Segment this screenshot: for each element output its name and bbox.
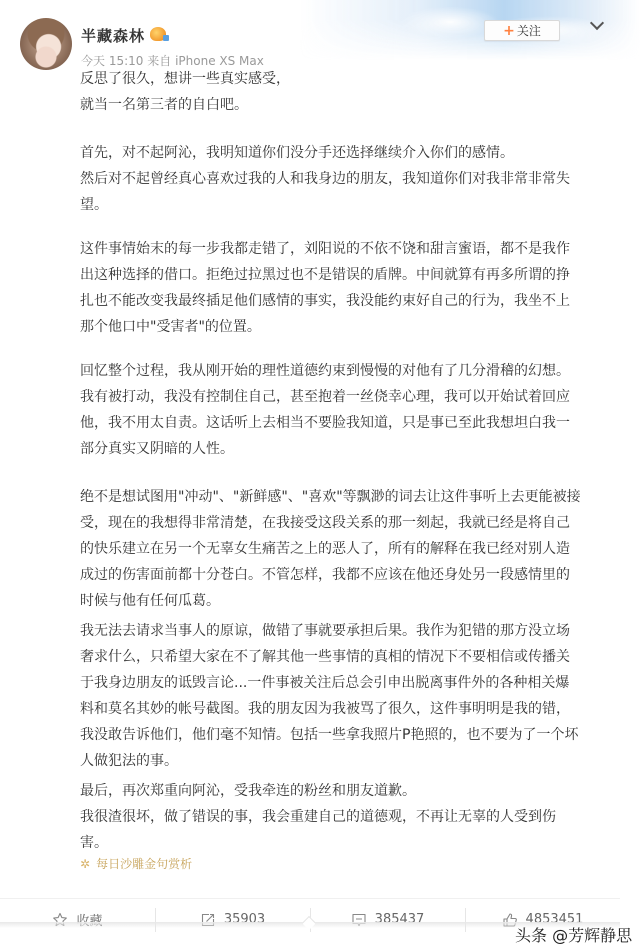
- follow-label: 关注: [517, 22, 541, 39]
- source-tag-label: 每日沙雕金句赏析: [96, 855, 192, 872]
- text-line: 害。: [80, 830, 625, 856]
- text-line: 绝不是想试图用"冲动"、"新鲜感"、"喜欢"等飘渺的词去让这件事听上去更能被接: [80, 484, 625, 510]
- paragraph-4: 回忆整个过程，我从刚开始的理性道德约束到慢慢的对他有了几分滑稽的幻想。 我有被打…: [80, 358, 625, 462]
- text-line: 时候与他有任何瓜葛。: [80, 588, 625, 614]
- text-line: 于我身边朋友的诋毁言论...一件事被关注后总会引申出脱离事件外的各种相关爆: [80, 670, 625, 696]
- text-line: 然后对不起曾经真心喜欢过我的人和我身边的朋友，我知道你们对我非常非常失: [80, 166, 625, 192]
- text-line: 出这种选择的借口。拒绝过拉黑过也不是错误的盾牌。中间就算有再多所谓的挣: [80, 262, 625, 288]
- plus-icon: +: [503, 24, 515, 38]
- text-line: 部分真实又阴暗的人性。: [80, 436, 625, 462]
- text-line: 最后，再次郑重向阿沁，受我牵连的粉丝和朋友道歉。: [80, 778, 625, 804]
- text-line: 成过的伤害面前都十分苍白。不管怎样，我都不应该在他还身处另一段感情里的: [80, 562, 625, 588]
- text-line: 那个他口中"受害者"的位置。: [80, 314, 625, 340]
- paragraph-3: 这件事情始末的每一步我都走错了，刘阳说的不依不饶和甜言蜜语，都不是我作 出这种选…: [80, 236, 625, 340]
- text-line: 反思了很久，想讲一些真实感受，: [80, 66, 625, 92]
- text-line: 我没敢告诉他们，他们毫不知情。包括一些拿我照片P艳照的，也不要为了一个坏: [80, 722, 625, 748]
- chevron-down-icon[interactable]: [590, 16, 604, 30]
- paragraph-1: 反思了很久，想讲一些真实感受， 就当一名第三者的自白吧。: [80, 66, 625, 118]
- text-line: 扎也不能改变我最终插足他们感情的事实，我没能约束好自己的行为，我坐不上: [80, 288, 625, 314]
- username[interactable]: 半藏森林: [81, 25, 145, 46]
- text-line: 受，现在的我想得非常清楚，在我接受这段关系的那一刻起，我就已经是将自己: [80, 510, 625, 536]
- text-line: 就当一名第三者的自白吧。: [80, 92, 625, 118]
- text-line: 回忆整个过程，我从刚开始的理性道德约束到慢慢的对他有了几分滑稽的幻想。: [80, 358, 625, 384]
- text-line: 这件事情始末的每一步我都走错了，刘阳说的不依不饶和甜言蜜语，都不是我作: [80, 236, 625, 262]
- text-line: 奢求什么，只希望大家在不了解其他一些事情的真相的情况下不要相信或传播关: [80, 644, 625, 670]
- text-line: 我无法去请求当事人的原谅，做错了事就要承担后果。我作为犯错的那方没立场: [80, 618, 625, 644]
- text-line: 我有被打动，我没有控制住自己，甚至抱着一丝侥幸心理，我可以开始试着回应: [80, 384, 625, 410]
- member-badge-icon: [150, 27, 166, 41]
- text-line: 望。: [80, 192, 625, 218]
- text-line: 他，我不用太自责。这话听上去相当不要脸我知道，只是事已至此我想坦白我一: [80, 410, 625, 436]
- text-line: 首先，对不起阿沁，我明知道你们没分手还选择继续介入你们的感情。: [80, 140, 625, 166]
- paragraph-5: 绝不是想试图用"冲动"、"新鲜感"、"喜欢"等飘渺的词去让这件事听上去更能被接 …: [80, 484, 625, 614]
- text-line: 人做犯法的事。: [80, 748, 625, 774]
- text-line: 我很渣很坏，做了错误的事，我会重建自己的道德观，不再让无辜的人受到伤: [80, 804, 625, 830]
- paragraph-2: 首先，对不起阿沁，我明知道你们没分手还选择继续介入你们的感情。 然后对不起曾经真…: [80, 140, 625, 218]
- paragraph-7: 最后，再次郑重向阿沁，受我牵连的粉丝和朋友道歉。 我很渣很坏，做了错误的事，我会…: [80, 778, 625, 856]
- paragraph-6: 我无法去请求当事人的原谅，做错了事就要承担后果。我作为犯错的那方没立场 奢求什么…: [80, 618, 625, 774]
- text-line: 料和莫名其妙的帐号截图。我的朋友因为我被骂了很久，这件事明明是我的错，: [80, 696, 625, 722]
- text-line: 的快乐建立在另一个无辜女生痛苦之上的恶人了，所有的解释在我已经对别人造: [80, 536, 625, 562]
- source-tag[interactable]: ✲ 每日沙雕金句赏析: [80, 855, 192, 872]
- follow-button[interactable]: + 关注: [484, 20, 560, 41]
- watermark: 头条 @芳辉静思: [515, 923, 632, 946]
- avatar[interactable]: [20, 18, 72, 70]
- sparkle-icon: ✲: [80, 857, 90, 871]
